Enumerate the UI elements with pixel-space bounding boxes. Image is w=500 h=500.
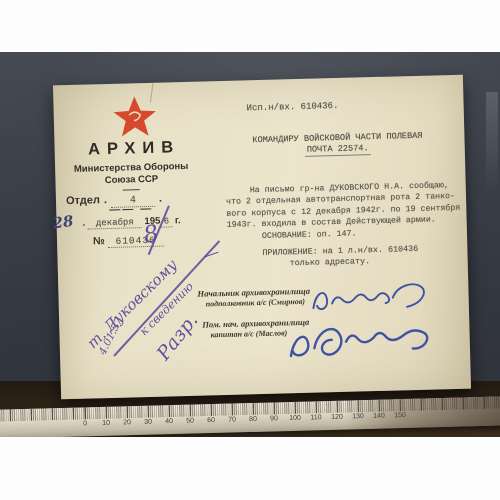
top-white-band [0,0,500,52]
department-dashes: —— — [109,203,153,216]
bottom-white-band [0,437,500,500]
number-label: № [93,235,105,247]
form-dot: . [159,193,162,205]
red-star-icon [111,94,158,140]
enclosure-line2: только адресату. [290,256,371,268]
letter-body: На письмо гр-на ДУКОВСКОГО Н.А. сообщаю,… [226,180,465,243]
date-row: . декабря 1956 г. [82,215,180,230]
background-light-streak [486,92,498,192]
signature-maslov-ink [279,304,445,369]
date-month: декабря [88,217,142,229]
handwritten-day: 28 [51,212,74,233]
date-suffix: г. [175,215,181,226]
photo-of-archive-letter: АРХИВ Министерства Обороны Союза ССР Отд… [0,0,500,500]
enclosure-line1: ПРИЛОЖЕНИЕ: на 1 л.н/вх. 610436 [262,244,418,258]
handwriting-dash-mark: — [200,242,221,265]
dark-table-surface: АРХИВ Министерства Обороны Союза ССР Отд… [0,52,500,437]
form-dot: . [104,194,107,206]
reference-note: Исп.н/вх. 610436. [246,101,338,113]
addressee-line2: ПОЧТА 22574. [305,143,371,157]
archive-letter-paper: АРХИВ Министерства Обороны Союза ССР Отд… [53,75,471,400]
letterhead-divider [123,189,140,190]
addressee-block: КОМАНДИРУ ВОЙСКОВОЙ ЧАСТИ ПОЛЕВАЯ ПОЧТА … [217,130,458,159]
department-label: Отдел [66,194,100,207]
form-dot: . [82,218,85,229]
letterhead-title: АРХИВ [54,137,206,160]
